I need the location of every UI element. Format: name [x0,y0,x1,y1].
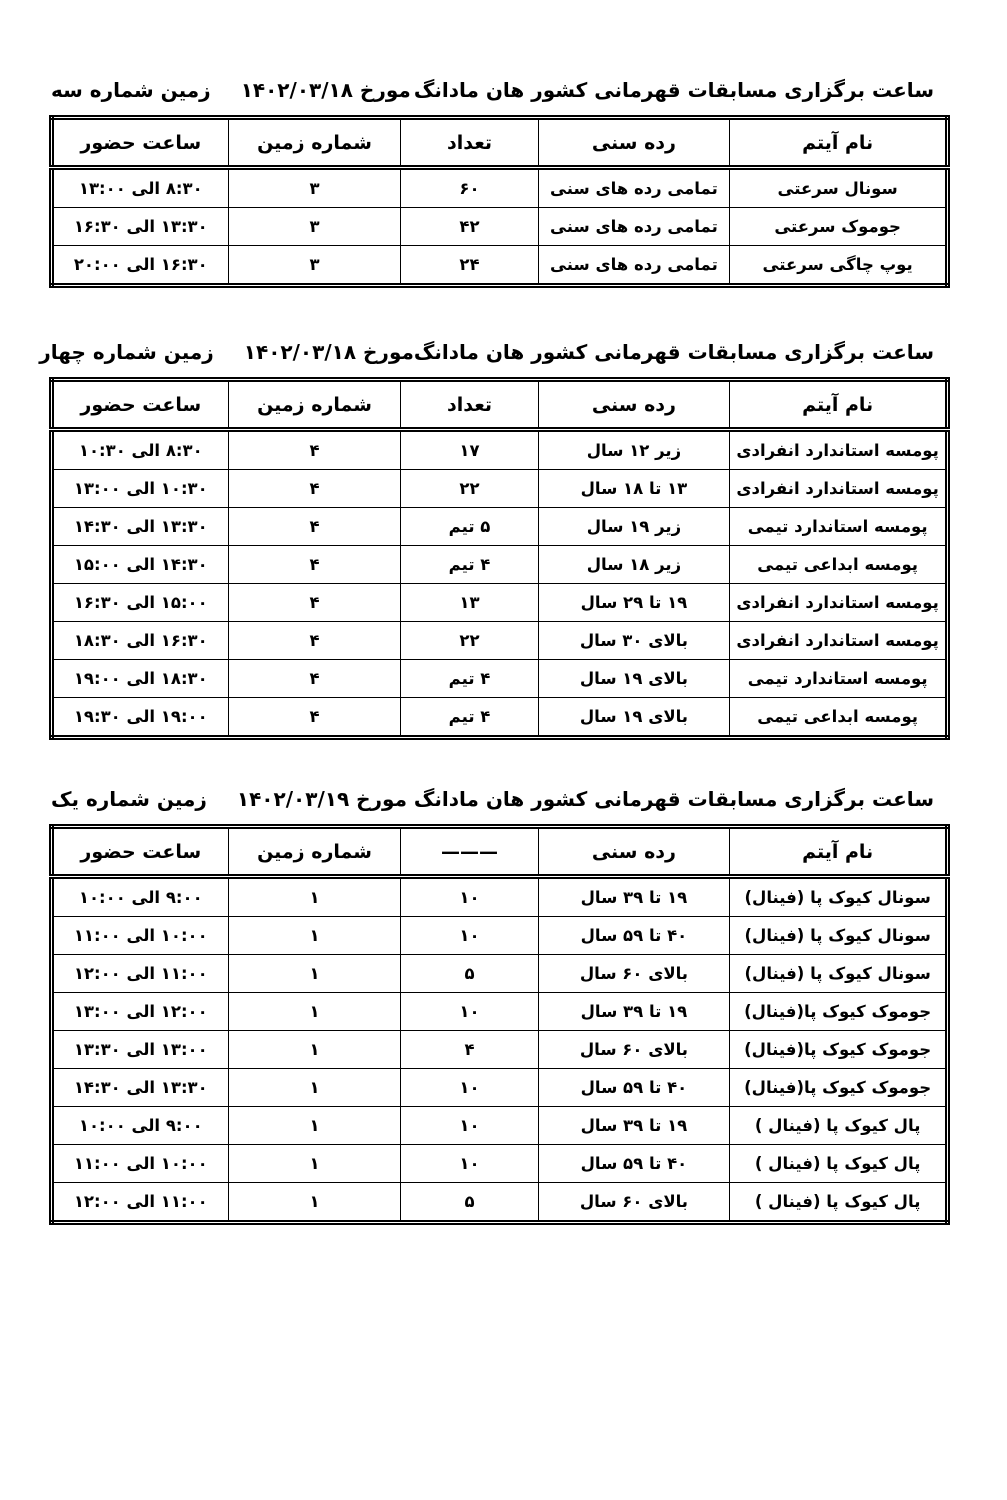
item-name-cell: پومسه استاندارد انفرادی [730,622,948,660]
item-name-cell: یوپ چاگی سرعتی [730,246,948,286]
schedule-section-field-four: ساعت برگزاری مسابقات قهرمانی کشور هان ما… [49,340,950,740]
section-title-row: ساعت برگزاری مسابقات قهرمانی کشور هان ما… [49,340,950,364]
age-category-cell: زیر ۱۸ سال [538,546,730,584]
column-header: ساعت حضور [52,827,229,877]
count-cell: ۱۰ [401,917,538,955]
schedule-table-field-one: نام آیتمرده سنی———شماره زمینساعت حضور سو… [49,824,950,1225]
table-row: جوموک کیوک پا(فینال)۴۰ تا ۵۹ سال۱۰۱۱۳:۳۰… [52,1069,948,1107]
count-cell: ۱۰ [401,1107,538,1145]
age-category-cell: ۱۹ تا ۳۹ سال [538,1107,730,1145]
attendance-time-cell: ۱۶:۳۰ الی ۲۰:۰۰ [52,246,229,286]
field-number-cell: ۱ [228,877,401,917]
field-number-cell: ۱ [228,955,401,993]
table-row: پومسه استاندارد تیمیبالای ۱۹ سال۴ تیم۴۱۸… [52,660,948,698]
age-category-cell: بالای ۶۰ سال [538,955,730,993]
age-category-cell: زیر ۱۹ سال [538,508,730,546]
field-number-cell: ۱ [228,917,401,955]
field-number-cell: ۴ [228,430,401,470]
attendance-time-cell: ۱۴:۳۰ الی ۱۵:۰۰ [52,546,229,584]
table-row: پال کیوک پا (فینال )۴۰ تا ۵۹ سال۱۰۱۱۰:۰۰… [52,1145,948,1183]
count-cell: ۲۲ [401,470,538,508]
age-category-cell: بالای ۳۰ سال [538,622,730,660]
attendance-time-cell: ۸:۳۰ الی ۱۳:۰۰ [52,168,229,208]
age-category-cell: ۴۰ تا ۵۹ سال [538,1069,730,1107]
table-row: پال کیوک پا (فینال )۱۹ تا ۳۹ سال۱۰۱۹:۰۰ … [52,1107,948,1145]
attendance-time-cell: ۱۳:۳۰ الی ۱۴:۳۰ [52,1069,229,1107]
count-cell: ۲۲ [401,622,538,660]
column-header: رده سنی [538,380,730,430]
field-number-cell: ۴ [228,584,401,622]
document-page: ساعت برگزاری مسابقات قهرمانی کشور هان ما… [0,0,1007,1500]
attendance-time-cell: ۱۳:۳۰ الی ۱۶:۳۰ [52,208,229,246]
age-category-cell: بالای ۶۰ سال [538,1183,730,1223]
item-name-cell: سونال سرعتی [730,168,948,208]
field-number-cell: ۴ [228,546,401,584]
item-name-cell: پال کیوک پا (فینال ) [730,1107,948,1145]
field-number-cell: ۴ [228,660,401,698]
item-name-cell: پومسه استاندارد تیمی [730,660,948,698]
column-header: نام آیتم [730,827,948,877]
schedule-table-field-three: نام آیتمرده سنیتعدادشماره زمینساعت حضور … [49,115,950,288]
attendance-time-cell: ۱۵:۰۰ الی ۱۶:۳۰ [52,584,229,622]
count-cell: ۴۲ [401,208,538,246]
schedule-table-field-four: نام آیتمرده سنیتعدادشماره زمینساعت حضور … [49,377,950,740]
item-name-cell: جوموک کیوک پا(فینال) [730,1031,948,1069]
attendance-time-cell: ۱۰:۰۰ الی ۱۱:۰۰ [52,917,229,955]
report-date: مورخ ۱۴۰۲/۰۳/۱۸ [244,340,414,364]
field-number-cell: ۱ [228,1183,401,1223]
column-header: تعداد [401,380,538,430]
field-number-cell: ۳ [228,208,401,246]
table-row: پومسه استاندارد انفرادیزیر ۱۲ سال۱۷۴۸:۳۰… [52,430,948,470]
table-row: جوموک کیوک پا(فینال)بالای ۶۰ سال۴۱۱۳:۰۰ … [52,1031,948,1069]
section-title-row: ساعت برگزاری مسابقات قهرمانی کشور هان ما… [49,78,950,102]
column-header: شماره زمین [228,380,401,430]
attendance-time-cell: ۱۶:۳۰ الی ۱۸:۳۰ [52,622,229,660]
count-cell: ۴ تیم [401,546,538,584]
table-row: سونال کیوک پا (فینال)۱۹ تا ۳۹ سال۱۰۱۹:۰۰… [52,877,948,917]
report-date: مورخ ۱۴۰۲/۰۳/۱۹ [237,787,407,811]
field-number-cell: ۱ [228,1145,401,1183]
attendance-time-cell: ۱۲:۰۰ الی ۱۳:۰۰ [52,993,229,1031]
count-cell: ۴ [401,1031,538,1069]
count-cell: ۱۰ [401,993,538,1031]
count-cell: ۱۳ [401,584,538,622]
age-category-cell: ۱۹ تا ۳۹ سال [538,877,730,917]
item-name-cell: پال کیوک پا (فینال ) [730,1183,948,1223]
age-category-cell: تمامی رده های سنی [538,208,730,246]
item-name-cell: پومسه استاندارد تیمی [730,508,948,546]
report-title: ساعت برگزاری مسابقات قهرمانی کشور هان ما… [414,78,934,102]
header-row: نام آیتمرده سنیتعدادشماره زمینساعت حضور [52,118,948,168]
item-name-cell: پال کیوک پا (فینال ) [730,1145,948,1183]
attendance-time-cell: ۱۹:۰۰ الی ۱۹:۳۰ [52,698,229,738]
table-row: یوپ چاگی سرعتیتمامی رده های سنی۲۴۳۱۶:۳۰ … [52,246,948,286]
field-number-cell: ۴ [228,622,401,660]
table-row: جوموک کیوک پا(فینال)۱۹ تا ۳۹ سال۱۰۱۱۲:۰۰… [52,993,948,1031]
table-row: پال کیوک پا (فینال )بالای ۶۰ سال۵۱۱۱:۰۰ … [52,1183,948,1223]
attendance-time-cell: ۱۳:۰۰ الی ۱۳:۳۰ [52,1031,229,1069]
age-category-cell: ۱۹ تا ۳۹ سال [538,993,730,1031]
age-category-cell: ۱۹ تا ۲۹ سال [538,584,730,622]
attendance-time-cell: ۹:۰۰ الی ۱۰:۰۰ [52,877,229,917]
field-number-cell: ۳ [228,246,401,286]
column-header: ——— [401,827,538,877]
attendance-time-cell: ۱۰:۰۰ الی ۱۱:۰۰ [52,1145,229,1183]
table-row: سونال سرعتیتمامی رده های سنی۶۰۳۸:۳۰ الی … [52,168,948,208]
schedule-section-field-three: ساعت برگزاری مسابقات قهرمانی کشور هان ما… [49,78,950,288]
count-cell: ۴ تیم [401,698,538,738]
table-row: پومسه استاندارد تیمیزیر ۱۹ سال۵ تیم۴۱۳:۳… [52,508,948,546]
count-cell: ۵ تیم [401,508,538,546]
count-cell: ۶۰ [401,168,538,208]
header-row: نام آیتمرده سنی———شماره زمینساعت حضور [52,827,948,877]
item-name-cell: پومسه ابداعی تیمی [730,698,948,738]
attendance-time-cell: ۱۱:۰۰ الی ۱۲:۰۰ [52,955,229,993]
item-name-cell: پومسه ابداعی تیمی [730,546,948,584]
age-category-cell: ۱۳ تا ۱۸ سال [538,470,730,508]
attendance-time-cell: ۱۳:۳۰ الی ۱۴:۳۰ [52,508,229,546]
field-number-cell: ۱ [228,1107,401,1145]
attendance-time-cell: ۹:۰۰ الی ۱۰:۰۰ [52,1107,229,1145]
table-row: سونال کیوک پا (فینال)۴۰ تا ۵۹ سال۱۰۱۱۰:۰… [52,917,948,955]
attendance-time-cell: ۱۰:۳۰ الی ۱۳:۰۰ [52,470,229,508]
field-number-label: زمین شماره یک [51,787,207,811]
item-name-cell: جوموک کیوک پا(فینال) [730,993,948,1031]
age-category-cell: ۴۰ تا ۵۹ سال [538,917,730,955]
section-title-row: ساعت برگزاری مسابقات قهرمانی کشور هان ما… [49,787,950,811]
attendance-time-cell: ۱۱:۰۰ الی ۱۲:۰۰ [52,1183,229,1223]
table-row: جوموک سرعتیتمامی رده های سنی۴۲۳۱۳:۳۰ الی… [52,208,948,246]
count-cell: ۱۰ [401,877,538,917]
column-header: نام آیتم [730,380,948,430]
age-category-cell: تمامی رده های سنی [538,168,730,208]
field-number-cell: ۱ [228,1069,401,1107]
field-number-label: زمین شماره سه [51,78,211,102]
age-category-cell: بالای ۶۰ سال [538,1031,730,1069]
field-number-cell: ۴ [228,470,401,508]
attendance-time-cell: ۱۸:۳۰ الی ۱۹:۰۰ [52,660,229,698]
column-header: شماره زمین [228,827,401,877]
report-title: ساعت برگزاری مسابقات قهرمانی کشور هان ما… [414,787,934,811]
item-name-cell: سونال کیوک پا (فینال) [730,955,948,993]
field-number-cell: ۴ [228,508,401,546]
count-cell: ۱۷ [401,430,538,470]
table-row: پومسه استاندارد انفرادیبالای ۳۰ سال۲۲۴۱۶… [52,622,948,660]
count-cell: ۱۰ [401,1145,538,1183]
field-number-cell: ۱ [228,1031,401,1069]
count-cell: ۵ [401,955,538,993]
item-name-cell: پومسه استاندارد انفرادی [730,430,948,470]
age-category-cell: تمامی رده های سنی [538,246,730,286]
item-name-cell: پومسه استاندارد انفرادی [730,584,948,622]
report-date: مورخ ۱۴۰۲/۰۳/۱۸ [241,78,411,102]
table-row: پومسه استاندارد انفرادی۱۳ تا ۱۸ سال۲۲۴۱۰… [52,470,948,508]
field-number-cell: ۳ [228,168,401,208]
item-name-cell: جوموک کیوک پا(فینال) [730,1069,948,1107]
count-cell: ۱۰ [401,1069,538,1107]
count-cell: ۲۴ [401,246,538,286]
count-cell: ۵ [401,1183,538,1223]
attendance-time-cell: ۸:۳۰ الی ۱۰:۳۰ [52,430,229,470]
age-category-cell: ۴۰ تا ۵۹ سال [538,1145,730,1183]
item-name-cell: سونال کیوک پا (فینال) [730,917,948,955]
column-header: رده سنی [538,827,730,877]
column-header: ساعت حضور [52,380,229,430]
count-cell: ۴ تیم [401,660,538,698]
column-header: نام آیتم [730,118,948,168]
field-number-cell: ۱ [228,993,401,1031]
age-category-cell: بالای ۱۹ سال [538,698,730,738]
header-row: نام آیتمرده سنیتعدادشماره زمینساعت حضور [52,380,948,430]
report-title: ساعت برگزاری مسابقات قهرمانی کشور هان ما… [414,340,934,364]
column-header: ساعت حضور [52,118,229,168]
field-number-label: زمین شماره چهار [39,340,214,364]
column-header: شماره زمین [228,118,401,168]
field-number-cell: ۴ [228,698,401,738]
age-category-cell: زیر ۱۲ سال [538,430,730,470]
age-category-cell: بالای ۱۹ سال [538,660,730,698]
table-row: پومسه استاندارد انفرادی۱۹ تا ۲۹ سال۱۳۴۱۵… [52,584,948,622]
item-name-cell: سونال کیوک پا (فینال) [730,877,948,917]
schedule-section-field-one: ساعت برگزاری مسابقات قهرمانی کشور هان ما… [49,787,950,1225]
column-header: رده سنی [538,118,730,168]
table-row: سونال کیوک پا (فینال)بالای ۶۰ سال۵۱۱۱:۰۰… [52,955,948,993]
column-header: تعداد [401,118,538,168]
table-row: پومسه ابداعی تیمیبالای ۱۹ سال۴ تیم۴۱۹:۰۰… [52,698,948,738]
item-name-cell: پومسه استاندارد انفرادی [730,470,948,508]
item-name-cell: جوموک سرعتی [730,208,948,246]
table-row: پومسه ابداعی تیمیزیر ۱۸ سال۴ تیم۴۱۴:۳۰ ا… [52,546,948,584]
